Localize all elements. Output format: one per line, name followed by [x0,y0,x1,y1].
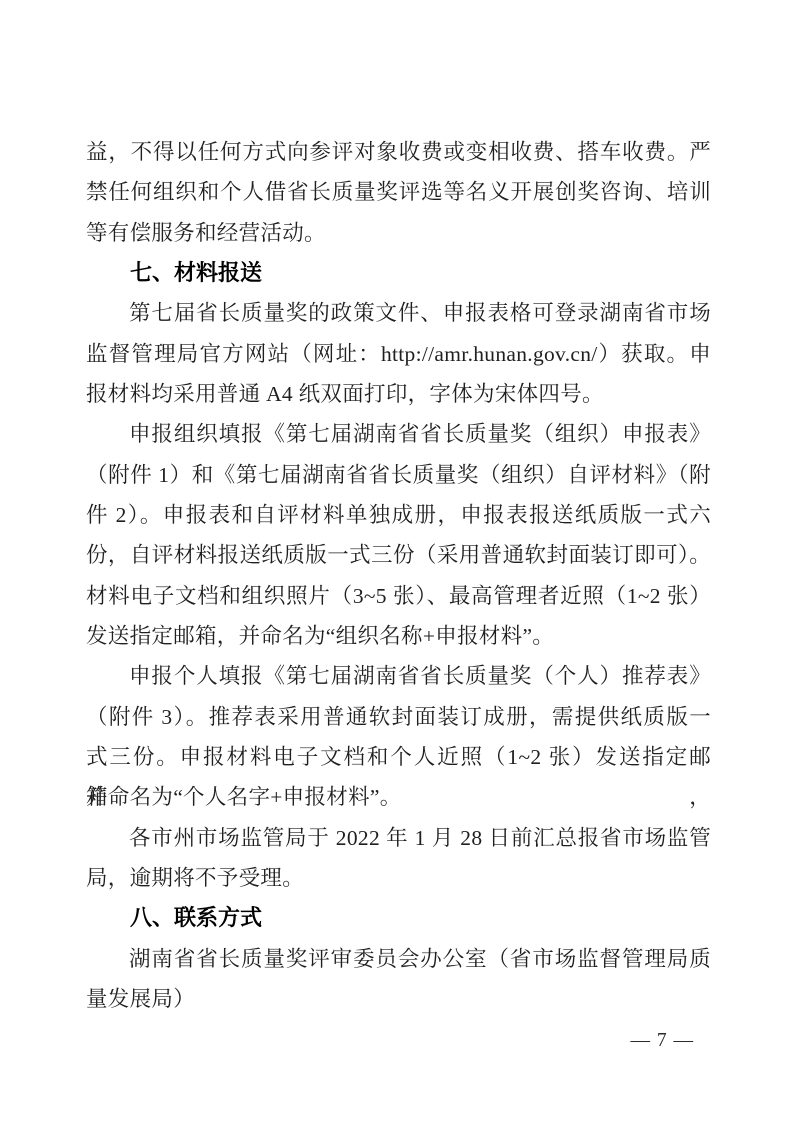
text-line: 等有偿服务和经营活动。 [86,213,711,253]
page-number: — 7 — [0,1030,694,1052]
text-line: 监督管理局官方网站（网址：http://amr.hunan.gov.cn/）获取… [86,334,711,374]
text-line: 发送指定邮箱，并命名为“组织名称+申报材料”。 [86,616,711,656]
text-line: 材料电子文档和组织照片（3~5 张）、最高管理者近照（1~2 张） [86,576,711,616]
section-heading: 八、联系方式 [86,898,711,938]
document-body: 益，不得以任何方式向参评对象收费或变相收费、搭车收费。严禁任何组织和个人借省长质… [86,132,711,1019]
text-line: 件 2）。申报表和自评材料单独成册，申报表报送纸质版一式六 [86,495,711,535]
text-line: 申报个人填报《第七届湖南省省长质量奖（个人）推荐表》 [86,656,711,696]
text-line: 禁任何组织和个人借省长质量奖评选等名义开展创奖咨询、培训 [86,172,711,212]
text-line: 份，自评材料报送纸质版一式三份（采用普通软封面装订即可）。 [86,535,711,575]
text-line: 局，逾期将不予受理。 [86,858,711,898]
section-heading: 七、材料报送 [86,253,711,293]
text-line: 量发展局） [86,979,711,1019]
text-line: 报材料均采用普通 A4 纸双面打印，字体为宋体四号。 [86,374,711,414]
document-page: 益，不得以任何方式向参评对象收费或变相收费、搭车收费。严禁任何组织和个人借省长质… [0,0,793,1122]
text-line: 第七届省长质量奖的政策文件、申报表格可登录湖南省市场 [86,293,711,333]
text-line: （附件 1）和《第七届湖南省省长质量奖（组织）自评材料》（附 [86,455,711,495]
text-line: 申报组织填报《第七届湖南省省长质量奖（组织）申报表》 [86,414,711,454]
text-line: 式三份。申报材料电子文档和个人近照（1~2 张）发送指定邮箱， [86,737,711,777]
text-line: （附件 3）。推荐表采用普通软封面装订成册，需提供纸质版一 [86,697,711,737]
text-line: 益，不得以任何方式向参评对象收费或变相收费、搭车收费。严 [86,132,711,172]
text-line: 湖南省省长质量奖评审委员会办公室（省市场监督管理局质 [86,939,711,979]
text-line: 各市州市场监管局于 2022 年 1 月 28 日前汇总报省市场监管 [86,818,711,858]
